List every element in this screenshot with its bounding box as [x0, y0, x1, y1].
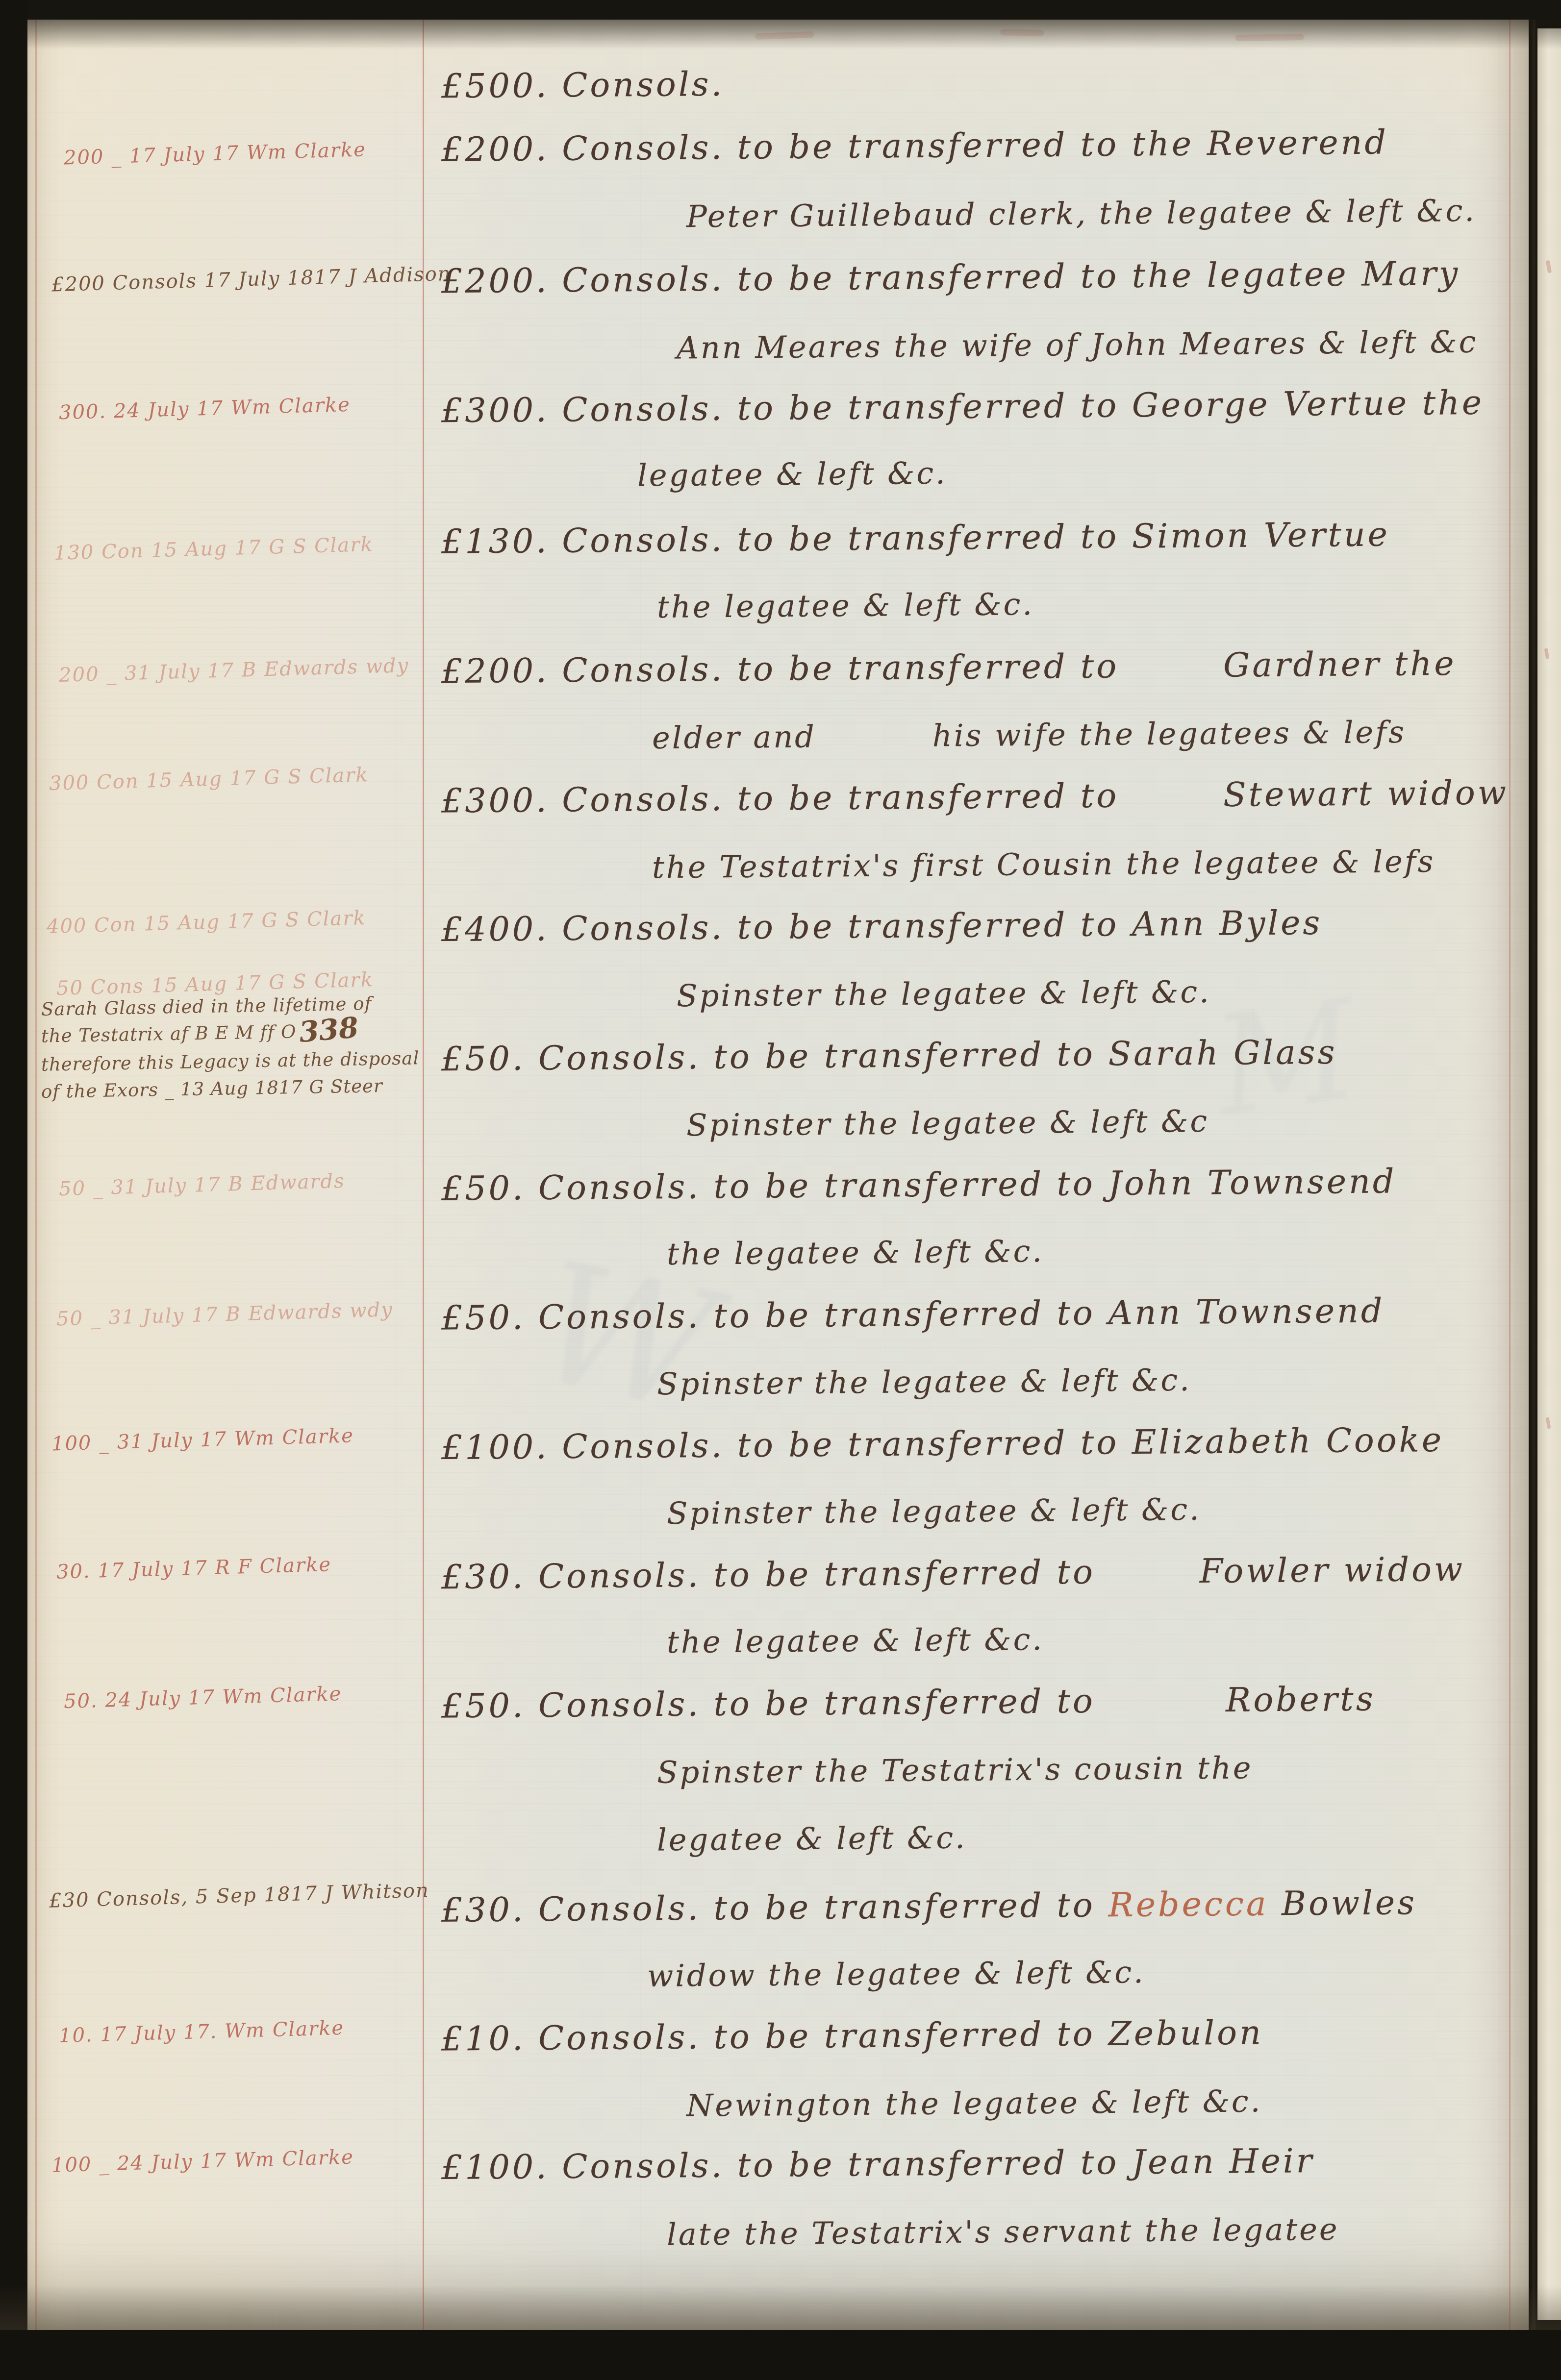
top-black-edge — [0, 0, 1561, 20]
manuscript-scan: W M 200 _ 17 July 17 Wm Clarke£200 Conso… — [0, 0, 1561, 2380]
ledger-entry-continuation-line: Spinster the legatee & left &c — [686, 1105, 1209, 1142]
ledger-entry-line: £200. Consols. to be transferred to the … — [441, 124, 1388, 169]
bottom-edge-fade — [0, 2285, 1561, 2330]
ledger-entry-line: £30. Consols. to be transferred to Fowle… — [441, 1552, 1465, 1596]
ledger-entry-line: £50. Consols. to be transferred to Sarah… — [441, 1035, 1337, 1078]
ledger-entry-line: £100. Consols. to be transferred to Jean… — [441, 2143, 1315, 2187]
ledger-entry-line: £200. Consols. to be transferred to the … — [441, 256, 1460, 300]
line-segment: Bowles — [1268, 1884, 1417, 1923]
bottom-black-edge — [0, 2330, 1561, 2380]
ledger-entry-line: £50. Consols. to be transferred to John … — [441, 1164, 1397, 1208]
ledger-entry-line: £100. Consols. to be transferred to Eliz… — [441, 1422, 1444, 1467]
ledger-entry-continuation-line: Spinster the legatee & left &c. — [677, 975, 1211, 1013]
ledger-entry-continuation-line: legatee & left &c. — [657, 1821, 967, 1857]
facing-page-sliver — [1537, 28, 1561, 2320]
gutter-shadow — [1529, 17, 1537, 2331]
ledger-entry-continuation-line: widow the legatee & left &c. — [647, 1956, 1145, 1993]
main-column: £500. Consols.£200. Consols. to be trans… — [0, 0, 1561, 2380]
ledger-entry-line: £50. Consols. to be transferred to Ann T… — [441, 1293, 1385, 1337]
ledger-entry-continuation-line: the legatee & left &c. — [657, 588, 1034, 624]
top-edge-smudge — [0, 20, 1561, 49]
ledger-entry-continuation-line: Ann Meares the wife of John Meares & lef… — [677, 325, 1478, 365]
ledger-entry-continuation-line: Spinster the Testatrix's cousin the — [657, 1751, 1253, 1789]
ledger-entry-line: £50. Consols. to be transferred to Rober… — [441, 1682, 1376, 1726]
ledger-entry-line: £10. Consols. to be transferred to Zebul… — [441, 2015, 1263, 2058]
ledger-entry-continuation-line: the legatee & left &c. — [667, 1623, 1044, 1659]
ledger-entry-continuation-line: the legatee & left &c. — [667, 1235, 1044, 1271]
ledger-entry-continuation-line: Spinster the legatee & left &c. — [657, 1364, 1191, 1401]
ledger-entry-line: £500. Consols. — [441, 67, 725, 105]
ledger-entry-continuation-line: Spinster the legatee & left &c. — [667, 1493, 1201, 1531]
ledger-entry-continuation-line: Peter Guillebaud clerk, the legatee & le… — [686, 194, 1477, 234]
ledger-entry-continuation-line: the Testatrix's first Cousin the legatee… — [652, 845, 1435, 885]
ledger-entry-continuation-line: legatee & left &c. — [637, 457, 947, 493]
ledger-entry-line: £300. Consols. to be transferred to Stew… — [441, 775, 1509, 820]
ledger-entry-line: £30. Consols. to be transferred to Rebec… — [441, 1885, 1417, 1929]
ledger-entry-continuation-line: elder and his wife the legatees & lefs — [652, 716, 1406, 755]
ledger-entry-line: £400. Consols. to be transferred to Ann … — [441, 905, 1323, 949]
left-black-edge — [0, 0, 27, 2380]
ledger-entry-continuation-line: late the Testatrix's servant the legatee — [667, 2213, 1339, 2252]
ledger-entry-continuation-line: Newington the legatee & left &c. — [686, 2084, 1262, 2122]
ledger-entry-line: £300. Consols. to be transferred to Geor… — [441, 385, 1485, 430]
line-segment: £30. Consols. to be transferred to — [441, 1886, 1108, 1930]
inserted-name: Rebecca — [1108, 1885, 1269, 1925]
ledger-entry-line: £200. Consols. to be transferred to Gard… — [441, 646, 1457, 691]
ledger-entry-line: £130. Consols. to be transferred to Simo… — [441, 517, 1390, 561]
